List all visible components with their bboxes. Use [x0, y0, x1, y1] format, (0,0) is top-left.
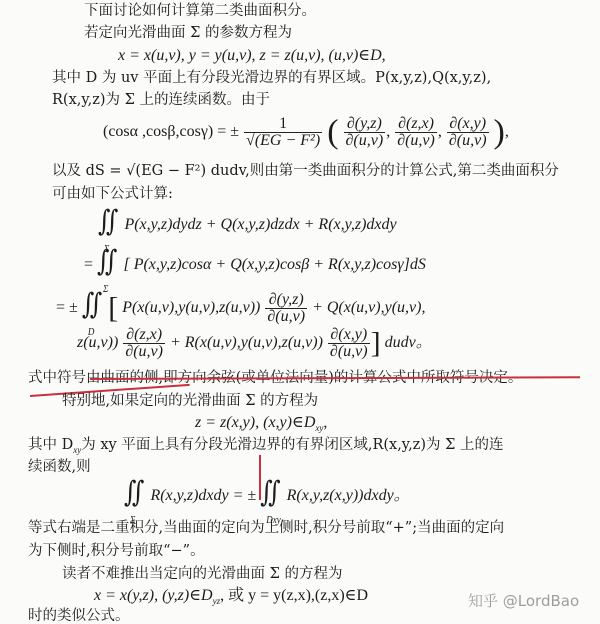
jacobian-yz: ∂(y,z) ∂(u,v) [344, 116, 386, 149]
jacobian-xy: ∂(x,y) ∂(u,v) [447, 116, 489, 149]
equation-parametric-integral-line1: = ± ∬D [ P(x(u,v),y(u,v),z(u,v)) ∂(y,z) … [56, 285, 425, 328]
text-computation-intro: 可由如下公式计算: [52, 185, 173, 203]
equation-surface-integral-lhs: ∬Σ P(x,y,z)dydz + Q(x,y,z)dzdx + R(x,y,z… [98, 209, 397, 238]
text-continuous-then: 续函数,则 [28, 458, 91, 476]
text-sign-rule-cont: 为下侧时,积分号前取“−”。 [28, 542, 205, 560]
red-vertical-mark [259, 455, 261, 500]
right-paren: ) [494, 113, 505, 150]
jacobian-yz: ∂(y,z) ∂(u,v) [265, 292, 307, 325]
cosine-lhs: (cosα ,cosβ,cosγ) = ± [103, 123, 239, 140]
normalization-fraction: 1 √(EG − F²) [244, 116, 322, 149]
equation-explicit-surface: z = z(x,y), (x,y)∈Dxy, [195, 414, 327, 437]
text-special-case-intro: 特别地,如果定向的光滑曲面 Σ 的方程为 [62, 392, 318, 410]
jacobian-xy: ∂(x,y) ∂(u,v) [328, 327, 370, 360]
text-continuous-functions: R(x,y,z)为 Σ 上的连续函数。由于 [52, 91, 270, 109]
double-integral-icon: ∬Σ [124, 477, 144, 508]
text-reader-exercise: 读者不难推出当定向的光滑曲面 Σ 的方程为 [62, 565, 342, 583]
double-integral-icon: ∬Σ [98, 206, 118, 237]
equation-other-forms: x = x(y,z), (y,z)∈Dyz, 或 y = y(z,x),(z,x… [94, 587, 368, 610]
text-domain-definition: 其中 D 为 uv 平面上有分段光滑边界的有界区域。P(x,y,z),Q(x,y… [52, 69, 491, 87]
text-sign-rule: 等式右端是二重积分,当曲面的定向为上侧时,积分号前取“+”;当曲面的定向 [28, 519, 504, 537]
jacobian-zx: ∂(z,x) ∂(u,v) [395, 116, 437, 149]
equation-direction-cosines: (cosα ,cosβ,cosγ) = ± 1 √(EG − F²) ( ∂(y… [103, 112, 509, 152]
double-integral-icon: ∬Dxy [260, 477, 280, 508]
text-intro: 下面讨论如何计算第二类曲面积分。 [84, 2, 316, 20]
jacobian-zx: ∂(z,x) ∂(u,v) [123, 327, 165, 360]
equation-parametric-integral-line2: z(u,v)) ∂(z,x) ∂(u,v) + R(x(u,v),y(u,v),… [77, 323, 432, 363]
text-similar-formula: 时的类似公式。 [28, 607, 130, 624]
text-dxy-definition: 其中 Dxy为 xy 平面上具有分段光滑边界的有界闭区域,R(x,y,z)为 Σ… [28, 436, 503, 459]
double-integral-icon: ∬D [82, 281, 102, 329]
watermark: 知乎 @LordBao [468, 590, 579, 611]
equation-surface-integral-cosines: = ∬Σ [ P(x,y,z)cosα + Q(x,y,z)cosβ + R(x… [84, 249, 426, 278]
double-integral-icon: ∬Σ [97, 246, 117, 277]
text-param-intro: 若定向光滑曲面 Σ 的参数方程为 [84, 24, 292, 42]
equation-explicit-integral: ∬Σ R(x,y,z)dxdy = ± ∬Dxy R(x,y,z(x,y))dx… [124, 480, 410, 509]
text-ds-formula: 以及 dS = √(EG − F²) dudv,则由第一类曲面积分的计算公式,第… [52, 162, 559, 180]
equation-parametric: x = x(u,v), y = y(u,v), z = z(u,v), (u,v… [118, 47, 386, 65]
left-paren: ( [327, 113, 338, 150]
